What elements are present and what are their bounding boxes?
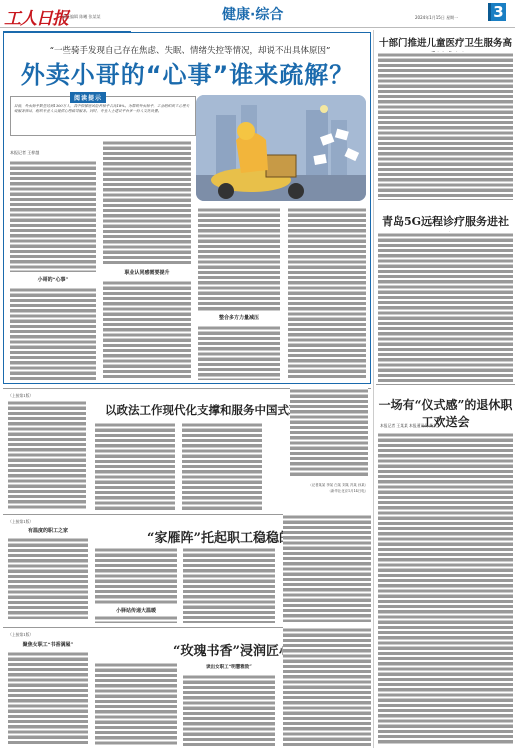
retirement-byline: 本报记者 王某某 本报通讯员 某某 [380,423,437,429]
legal-credit: （记者某某 李某 白某 刘某 冯某 孙某） [290,482,368,487]
feature-byline: 本报记者 王梓越 [10,150,39,156]
issue-date: 2024年1月15日 星期一 [415,15,458,21]
feature-headline[interactable]: 外卖小哥的“心事”谁来疏解？ [10,55,365,90]
third-col-4 [283,627,371,746]
feature-col-1 [10,160,96,272]
feature-subhead-2: 职业认同感需要提升 [103,269,191,276]
qingdao-5g-body [378,232,513,382]
column-divider [373,30,374,748]
newspaper-logo: 工人日报 [4,4,68,29]
second-col-4 [283,514,371,622]
legal-dateline: （新华社北京1月14日电） [290,488,368,493]
page-number: 3 [488,3,506,21]
legal-col-1 [8,400,86,510]
reading-tip-label: 阅读提示 [70,92,106,103]
delivery-rider-illustration [196,95,366,201]
reading-tip-text: 目前，外卖骑手数量达到1300万人，其中抑郁症风险者骑手占比18%。为帮助外卖骑… [14,104,192,114]
second-subhead-left: 有温度的职工之家 [8,527,88,534]
third-subhead-right: 读出女职工“明慧雅致” [183,664,275,670]
third-col-3 [183,674,275,746]
divider [376,384,515,385]
feature-col-3b [198,325,280,380]
second-col-1 [8,537,88,619]
editor-credits: 责任编辑 陈曦 张某某 [62,14,101,20]
legal-col-3 [182,422,262,510]
feature-subhead-3: 整合多方力量减压 [198,314,280,321]
continued-label: （上接第1版） [8,632,33,638]
retirement-party-body [378,432,513,744]
feature-accent-line [3,31,131,33]
second-col-2 [95,547,177,605]
feature-col-2b [103,280,191,380]
children-health-body [378,52,513,200]
third-subhead-left: 聚焦女职工“书香满屋” [8,641,88,648]
illustration-image [196,95,366,201]
feature-subhead-1: 小哥的“心事” [10,276,96,283]
third-col-2 [95,662,177,746]
continued-label: （上接第1版） [8,393,33,399]
feature-col-2 [103,140,191,265]
section-title: 健康·综合 [222,4,283,24]
feature-col-1b [10,287,96,380]
continued-label: （上接第1版） [8,519,33,525]
third-col-1 [8,651,88,746]
second-col-3 [183,547,275,623]
second-subhead-mid: 小驿站传递大温暖 [95,607,177,614]
second-col-2b [95,615,177,623]
feature-col-3 [198,207,280,312]
legal-col-2 [95,422,175,510]
legal-col-4 [290,388,368,478]
feature-col-4 [288,207,366,380]
